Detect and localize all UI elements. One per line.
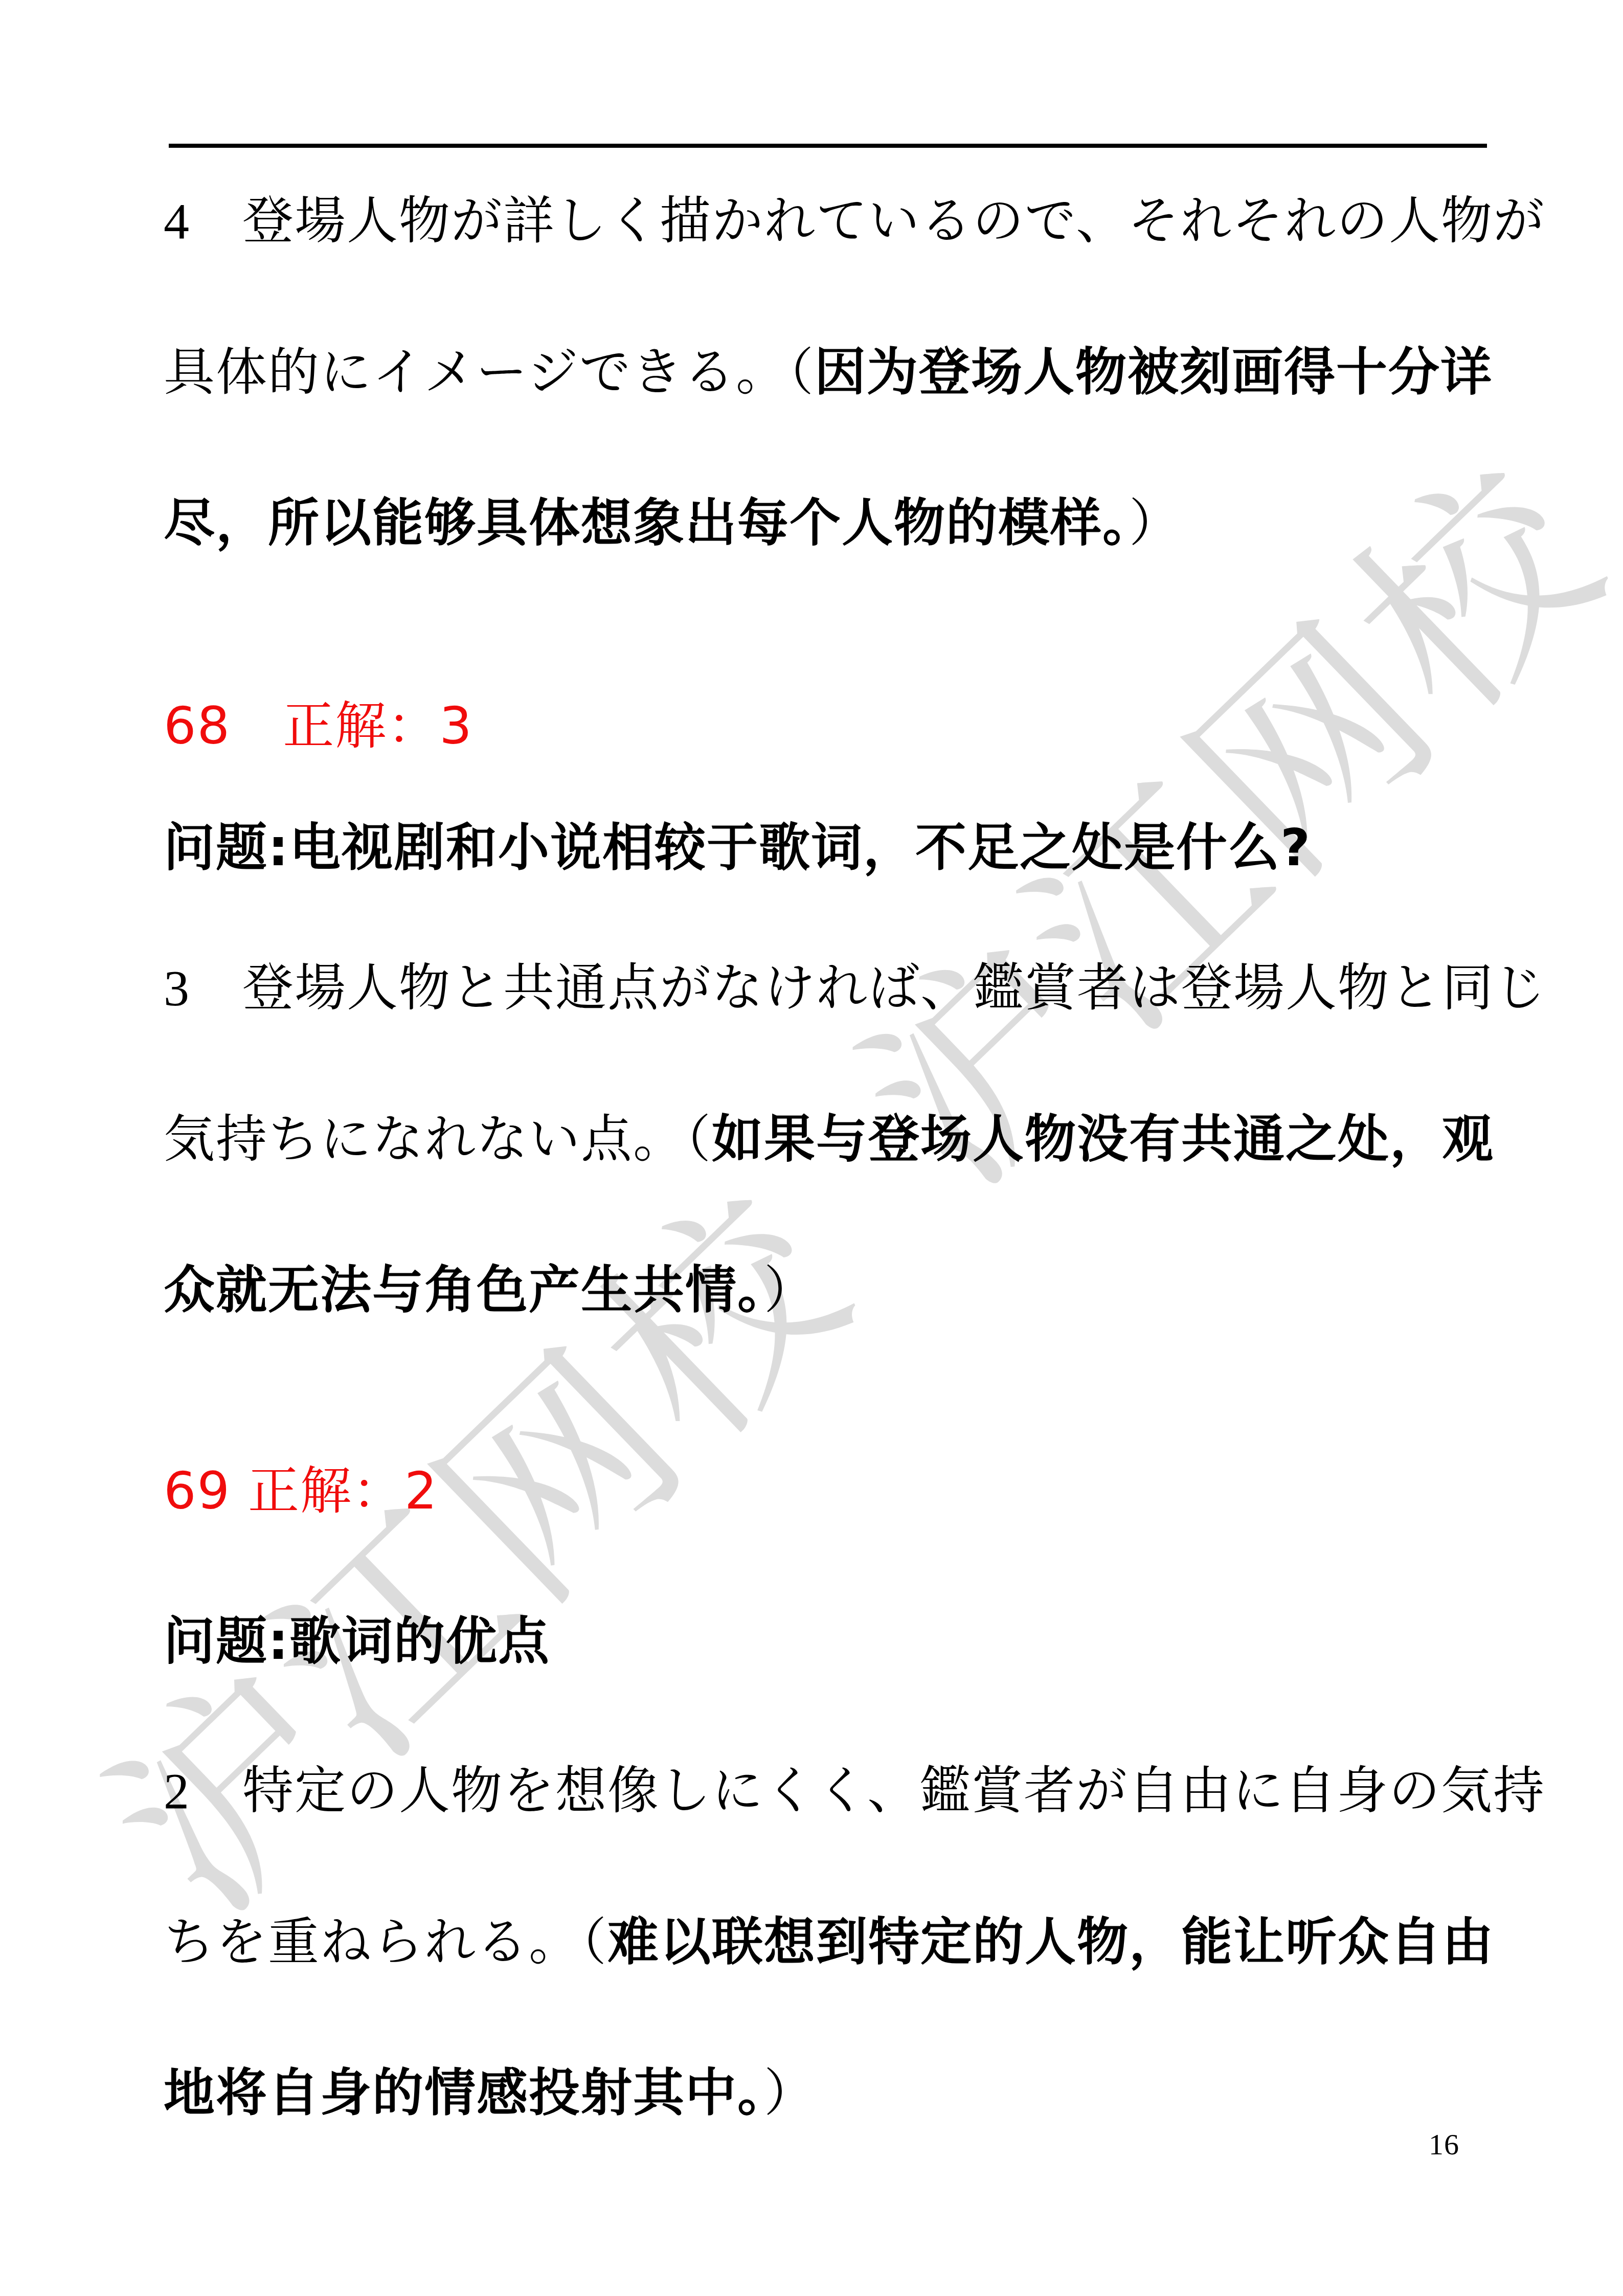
top-rule bbox=[169, 144, 1487, 148]
q68-heading: 68 正解：3 bbox=[164, 696, 473, 755]
q69-heading: 69 正解：2 bbox=[164, 1461, 438, 1520]
q69-answer-line3-close-paren: ） bbox=[764, 2065, 816, 2122]
q69-answer-line1: 2 特定の人物を想像しにくく、鑑賞者が自由に自身の気持 bbox=[164, 1762, 1545, 1820]
q69-answer-line3-cn: 地将自身的情感投射其中。 bbox=[164, 2063, 764, 2123]
page-number: 16 bbox=[1429, 2127, 1459, 2162]
answer4-line2: 具体的にイメージできる。（因为登场人物被刻画得十分详 bbox=[164, 343, 1493, 402]
answer4-line2-jp: 具体的にイメージできる。（ bbox=[164, 344, 815, 401]
q68-answer-line2-cn: 如果与登场人物没有共通之处，观 bbox=[712, 1109, 1494, 1169]
q69-question: 问题:歌词的优点 bbox=[164, 1612, 550, 1671]
q68-question: 问题:电视剧和小说相较于歌词，不足之处是什么? bbox=[164, 818, 1311, 877]
answer4-line2-cn: 因为登场人物被刻画得十分详 bbox=[815, 342, 1493, 402]
answer4-line3-close-paren: ） bbox=[1129, 495, 1181, 552]
q69-answer-line2-jp: ちを重ねられる。（ bbox=[164, 1914, 607, 1971]
q68-answer-line1: 3 登場人物と共通点がなければ、鑑賞者は登場人物と同じ bbox=[164, 959, 1546, 1018]
q68-answer-line3-close-paren: ） bbox=[764, 1262, 816, 1319]
q68-answer-line3-cn: 众就无法与角色产生共情。 bbox=[164, 1260, 764, 1320]
q68-answer-line2: 気持ちになれない点。（如果与登场人物没有共通之处，观 bbox=[164, 1110, 1494, 1169]
watermark: 沪江网校 沪江网校 bbox=[31, 384, 1623, 1969]
q68-answer-line2-jp: 気持ちになれない点。（ bbox=[164, 1111, 712, 1168]
document-page: 沪江网校 沪江网校 4 登場人物が詳しく描かれているので、それそれの人物が 具体… bbox=[0, 0, 1623, 2296]
answer4-line3: 尽，所以能够具体想象出每个人物的模样。） bbox=[164, 493, 1181, 553]
q69-answer-line2-cn: 难以联想到特定的人物，能让听众自由 bbox=[607, 1912, 1494, 1972]
q69-answer-line2: ちを重ねられる。（难以联想到特定的人物，能让听众自由 bbox=[164, 1912, 1494, 1972]
q68-answer-line3: 众就无法与角色产生共情。） bbox=[164, 1260, 816, 1320]
answer4-line1: 4 登場人物が詳しく描かれているので、それそれの人物が bbox=[164, 192, 1545, 251]
q69-answer-line3: 地将自身的情感投射其中。） bbox=[164, 2063, 816, 2123]
answer4-line3-cn: 尽，所以能够具体想象出每个人物的模样。 bbox=[164, 493, 1129, 553]
